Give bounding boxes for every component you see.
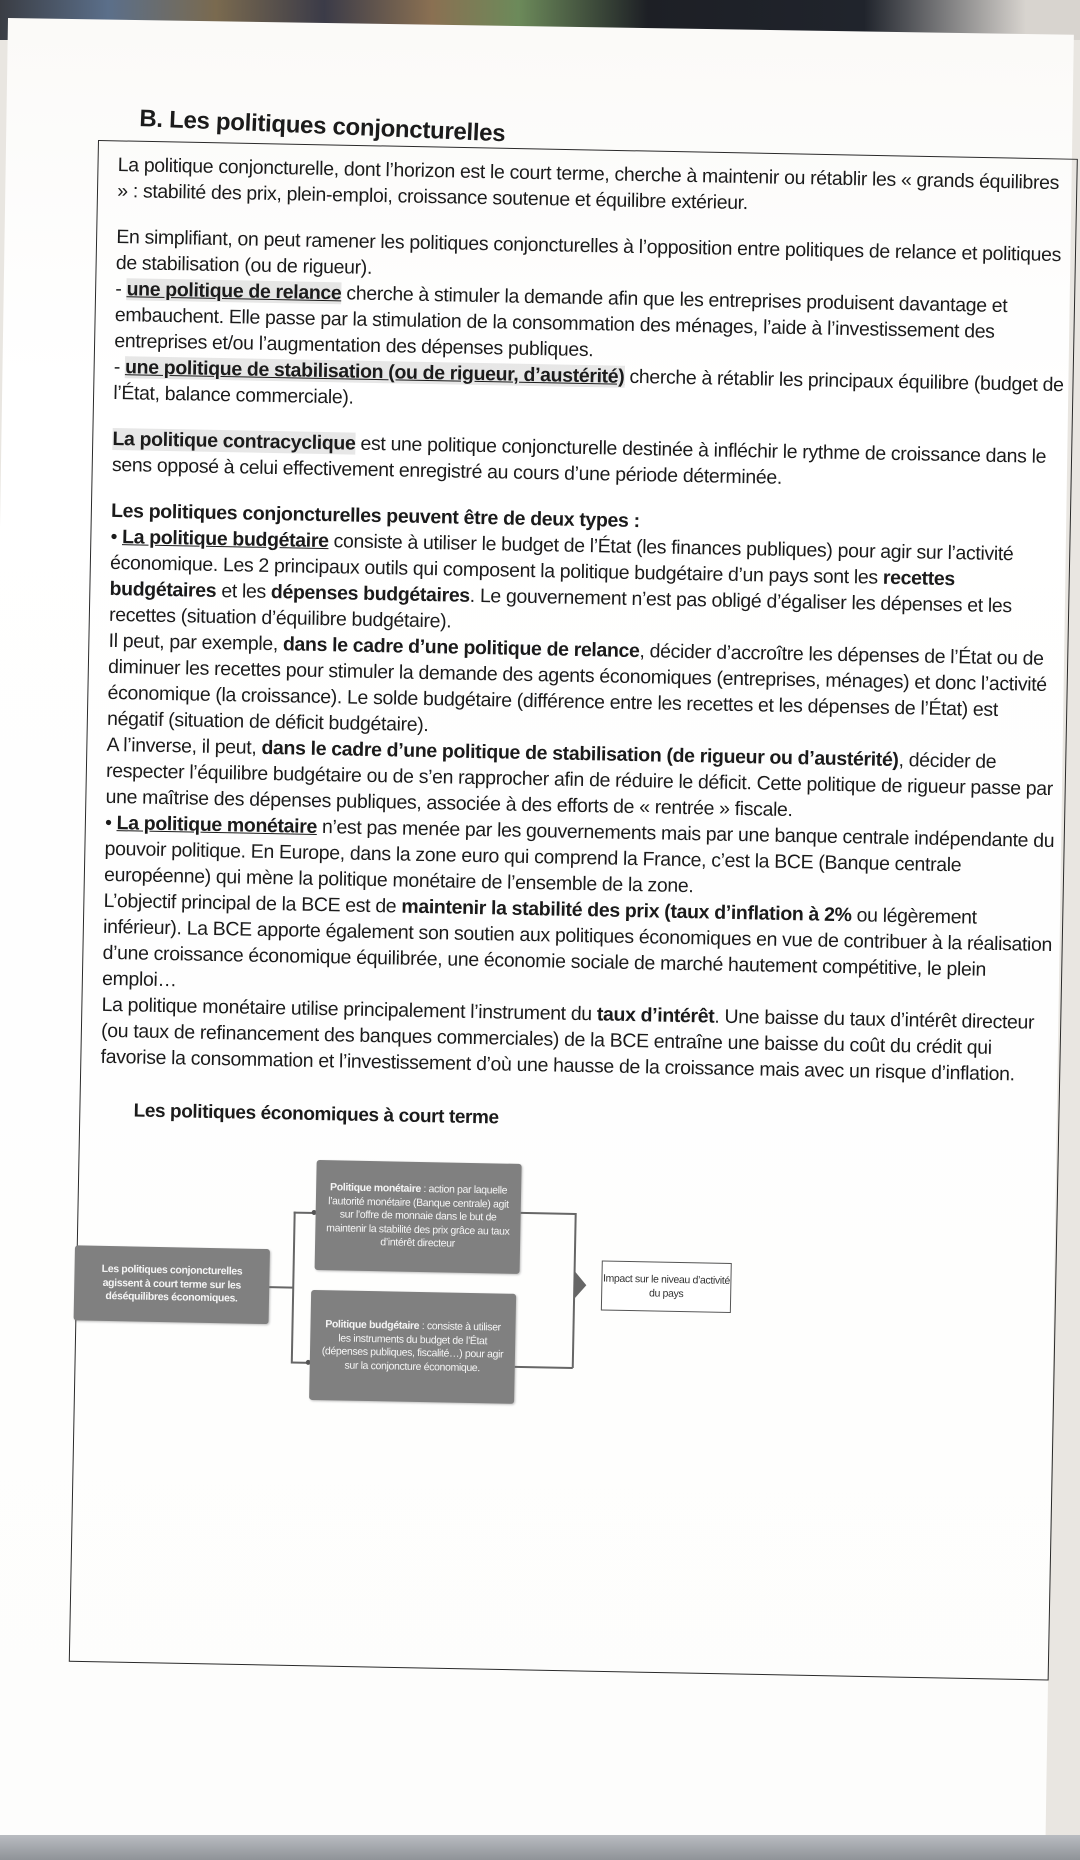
budgetaire-box-term: Politique budgétaire — [325, 1318, 419, 1332]
policy-diagram: Les politiques conjoncturelles agissent … — [94, 1136, 1049, 1424]
arrow-right-icon — [574, 1271, 587, 1299]
content-body: La politique conjoncturelle, dont l’hori… — [94, 152, 1068, 1424]
contracyclique-term: La politique contracyclique — [112, 428, 355, 455]
diagram-title: Les politiques économiques à court terme — [133, 1098, 1049, 1142]
bce-objective-b: maintenir la stabilité des prix (taux d’… — [401, 896, 852, 927]
diagram-box-budgetaire: Politique budgétaire : consiste à utilis… — [309, 1290, 516, 1404]
connector-line — [521, 1212, 576, 1215]
connector-line — [291, 1212, 295, 1362]
photo-background-bottom — [0, 1835, 1080, 1860]
relance-term: une politique de relance — [126, 278, 341, 304]
budgetaire-term: La politique budgétaire — [122, 526, 329, 552]
taux-term: taux d’intérêt — [597, 1003, 715, 1027]
relance-example-a: Il peut, par exemple, — [108, 630, 283, 655]
bce-objective-a: L’objectif principal de la BCE est de — [103, 890, 401, 918]
rigueur-example-a: A l’inverse, il peut, — [106, 734, 261, 759]
connector-line — [269, 1286, 293, 1288]
connector-line — [515, 1366, 573, 1369]
depenses-term: dépenses budgétaires — [271, 581, 470, 607]
diagram-box-impact: Impact sur le niveau d’activité du pays — [601, 1260, 732, 1312]
budgetaire-paragraph-2: Il peut, par exemple, dans le cadre d’un… — [107, 628, 1059, 750]
monetaire-paragraph-2: L’objectif principal de la BCE est de ma… — [102, 888, 1054, 1010]
diagram-box-monetaire: Politique monétaire : action par laquell… — [315, 1160, 522, 1274]
relance-example-b: dans le cadre d’une politique de relance — [283, 633, 640, 662]
diagram-box-conjoncturelles: Les politiques conjoncturelles agissent … — [74, 1245, 270, 1324]
monetaire-term: La politique monétaire — [116, 812, 317, 838]
monetaire-box-term: Politique monétaire — [330, 1182, 421, 1196]
budgetaire-paragraph-1: • La politique budgétaire consiste à uti… — [109, 524, 1061, 646]
budgetaire-text-c: et les — [216, 580, 271, 603]
